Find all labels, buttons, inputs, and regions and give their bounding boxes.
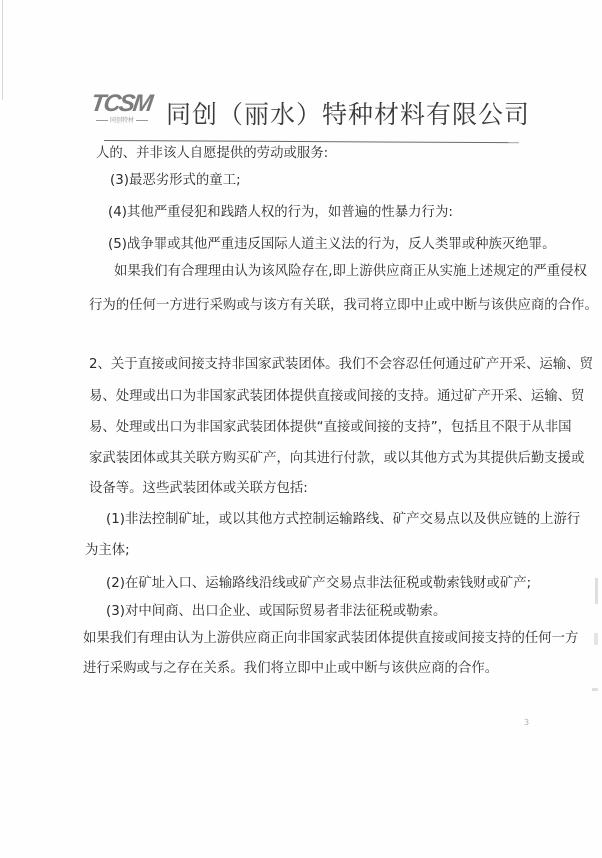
scan-artifact [594,633,598,645]
scan-artifact [592,688,598,691]
header-divider [104,140,519,143]
letterhead: TCSM 同创特材 同创（丽水）特种材料有限公司 [89,92,519,134]
list-item: (2)在矿址入口、运输路线沿线或矿产交易点非法征税或勒索钱财或矿产; [106,576,531,592]
document-page: TCSM 同创特材 同创（丽水）特种材料有限公司 人的、并非该人自愿提供的劳动或… [0,0,602,858]
paragraph-line: 易、处理或出口为非国家武装团体提供直接或间接的支持。通过矿产开采、运输、贸 [89,389,584,405]
paragraph-line: 家武装团体或其关联方购买矿产，向其进行付款，或以其他方式为其提供后勤支援或 [89,451,584,467]
company-name: 同创（丽水）特种材料有限公司 [166,101,530,129]
section-heading-line: 2、关于直接或间接支持非国家武装团体。我们不会容忍任何通过矿产开采、运输、贸 [89,357,593,373]
paragraph-line: 进行采购或与之存在关系。我们将立即中止或中断与该供应商的合作。 [83,661,498,677]
scan-edge [2,0,3,100]
list-item: (3)最恶劣形式的童工; [110,173,241,189]
list-item: (4)其他严重侵犯和践踏人权的行为，如普遍的性暴力行为: [108,205,453,221]
paragraph-line: 如果我们有理由认为上游供应商正向非国家武装团体提供直接或间接支持的任何一方 [83,631,578,647]
company-logo: TCSM 同创特材 [89,92,155,128]
paragraph-line: 易、处理或出口为非国家武装团体提供“直接或间接的支持”，包括且不限于从非国 [89,420,572,436]
text-line: 人的、并非该人自愿提供的劳动或服务: [96,146,328,162]
list-item-continuation: 为主体; [85,543,130,559]
list-item: (5)战争罪或其他严重违反国际人道主义法的行为，反人类罪或种族灭绝罪。 [108,237,555,253]
list-item: (3)对中间商、出口企业、或国际贸易者非法征税或勒索。 [106,604,446,620]
page-number: 3 [524,718,529,727]
logo-mark: TCSM [89,92,152,116]
scan-artifact [595,578,598,604]
paragraph-line: 设备等。这些武装团体或关联方包括: [89,481,308,497]
paragraph-line: 行为的任何一方进行采购或与该方有关联，我司将立即中止或中断与该供应商的合作。 [89,298,598,314]
logo-subtext: 同创特材 [89,117,155,124]
list-item: (1)非法控制矿址，或以其他方式控制运输路线、矿产交易点以及供应链的上游行 [106,512,580,528]
paragraph-line: 如果我们有合理理由认为该风险存在,即上游供应商正从实施上述规定的严重侵权 [114,264,587,280]
